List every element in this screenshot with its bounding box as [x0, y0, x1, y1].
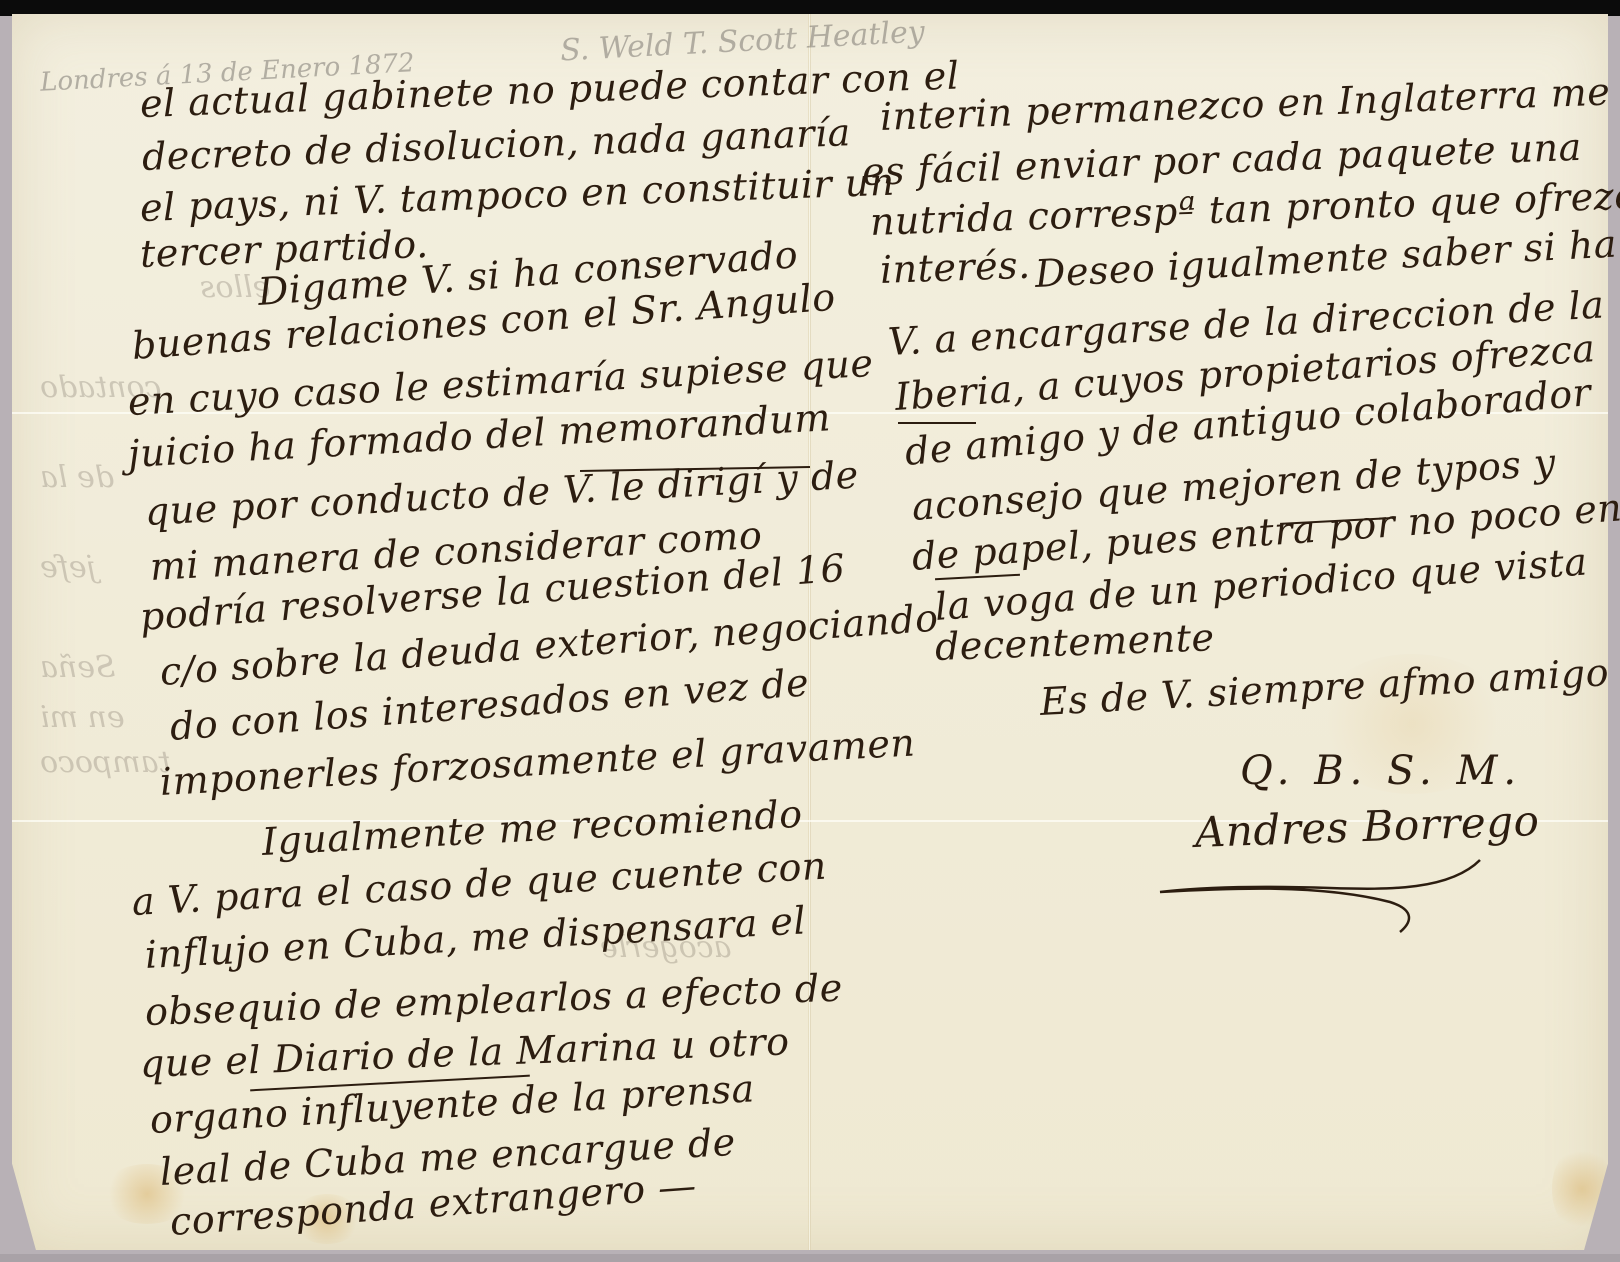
bleed-through-text: tampoco: [40, 745, 171, 780]
qbsm-abbreviation: Q. B. S. M.: [1240, 748, 1522, 794]
bleed-through-text: Seña: [40, 650, 116, 685]
bleed-through-text: en mi: [40, 700, 125, 735]
signature-flourish-icon: [1150, 850, 1490, 940]
scan-bottom-border: [0, 1254, 1620, 1262]
foxing-stain: [1552, 1144, 1612, 1234]
letter-line: interés.: [879, 243, 1031, 292]
underline-iberia: [898, 422, 976, 424]
bleed-through-text: jefe: [40, 550, 96, 585]
bleed-through-text: de la: [40, 460, 114, 495]
